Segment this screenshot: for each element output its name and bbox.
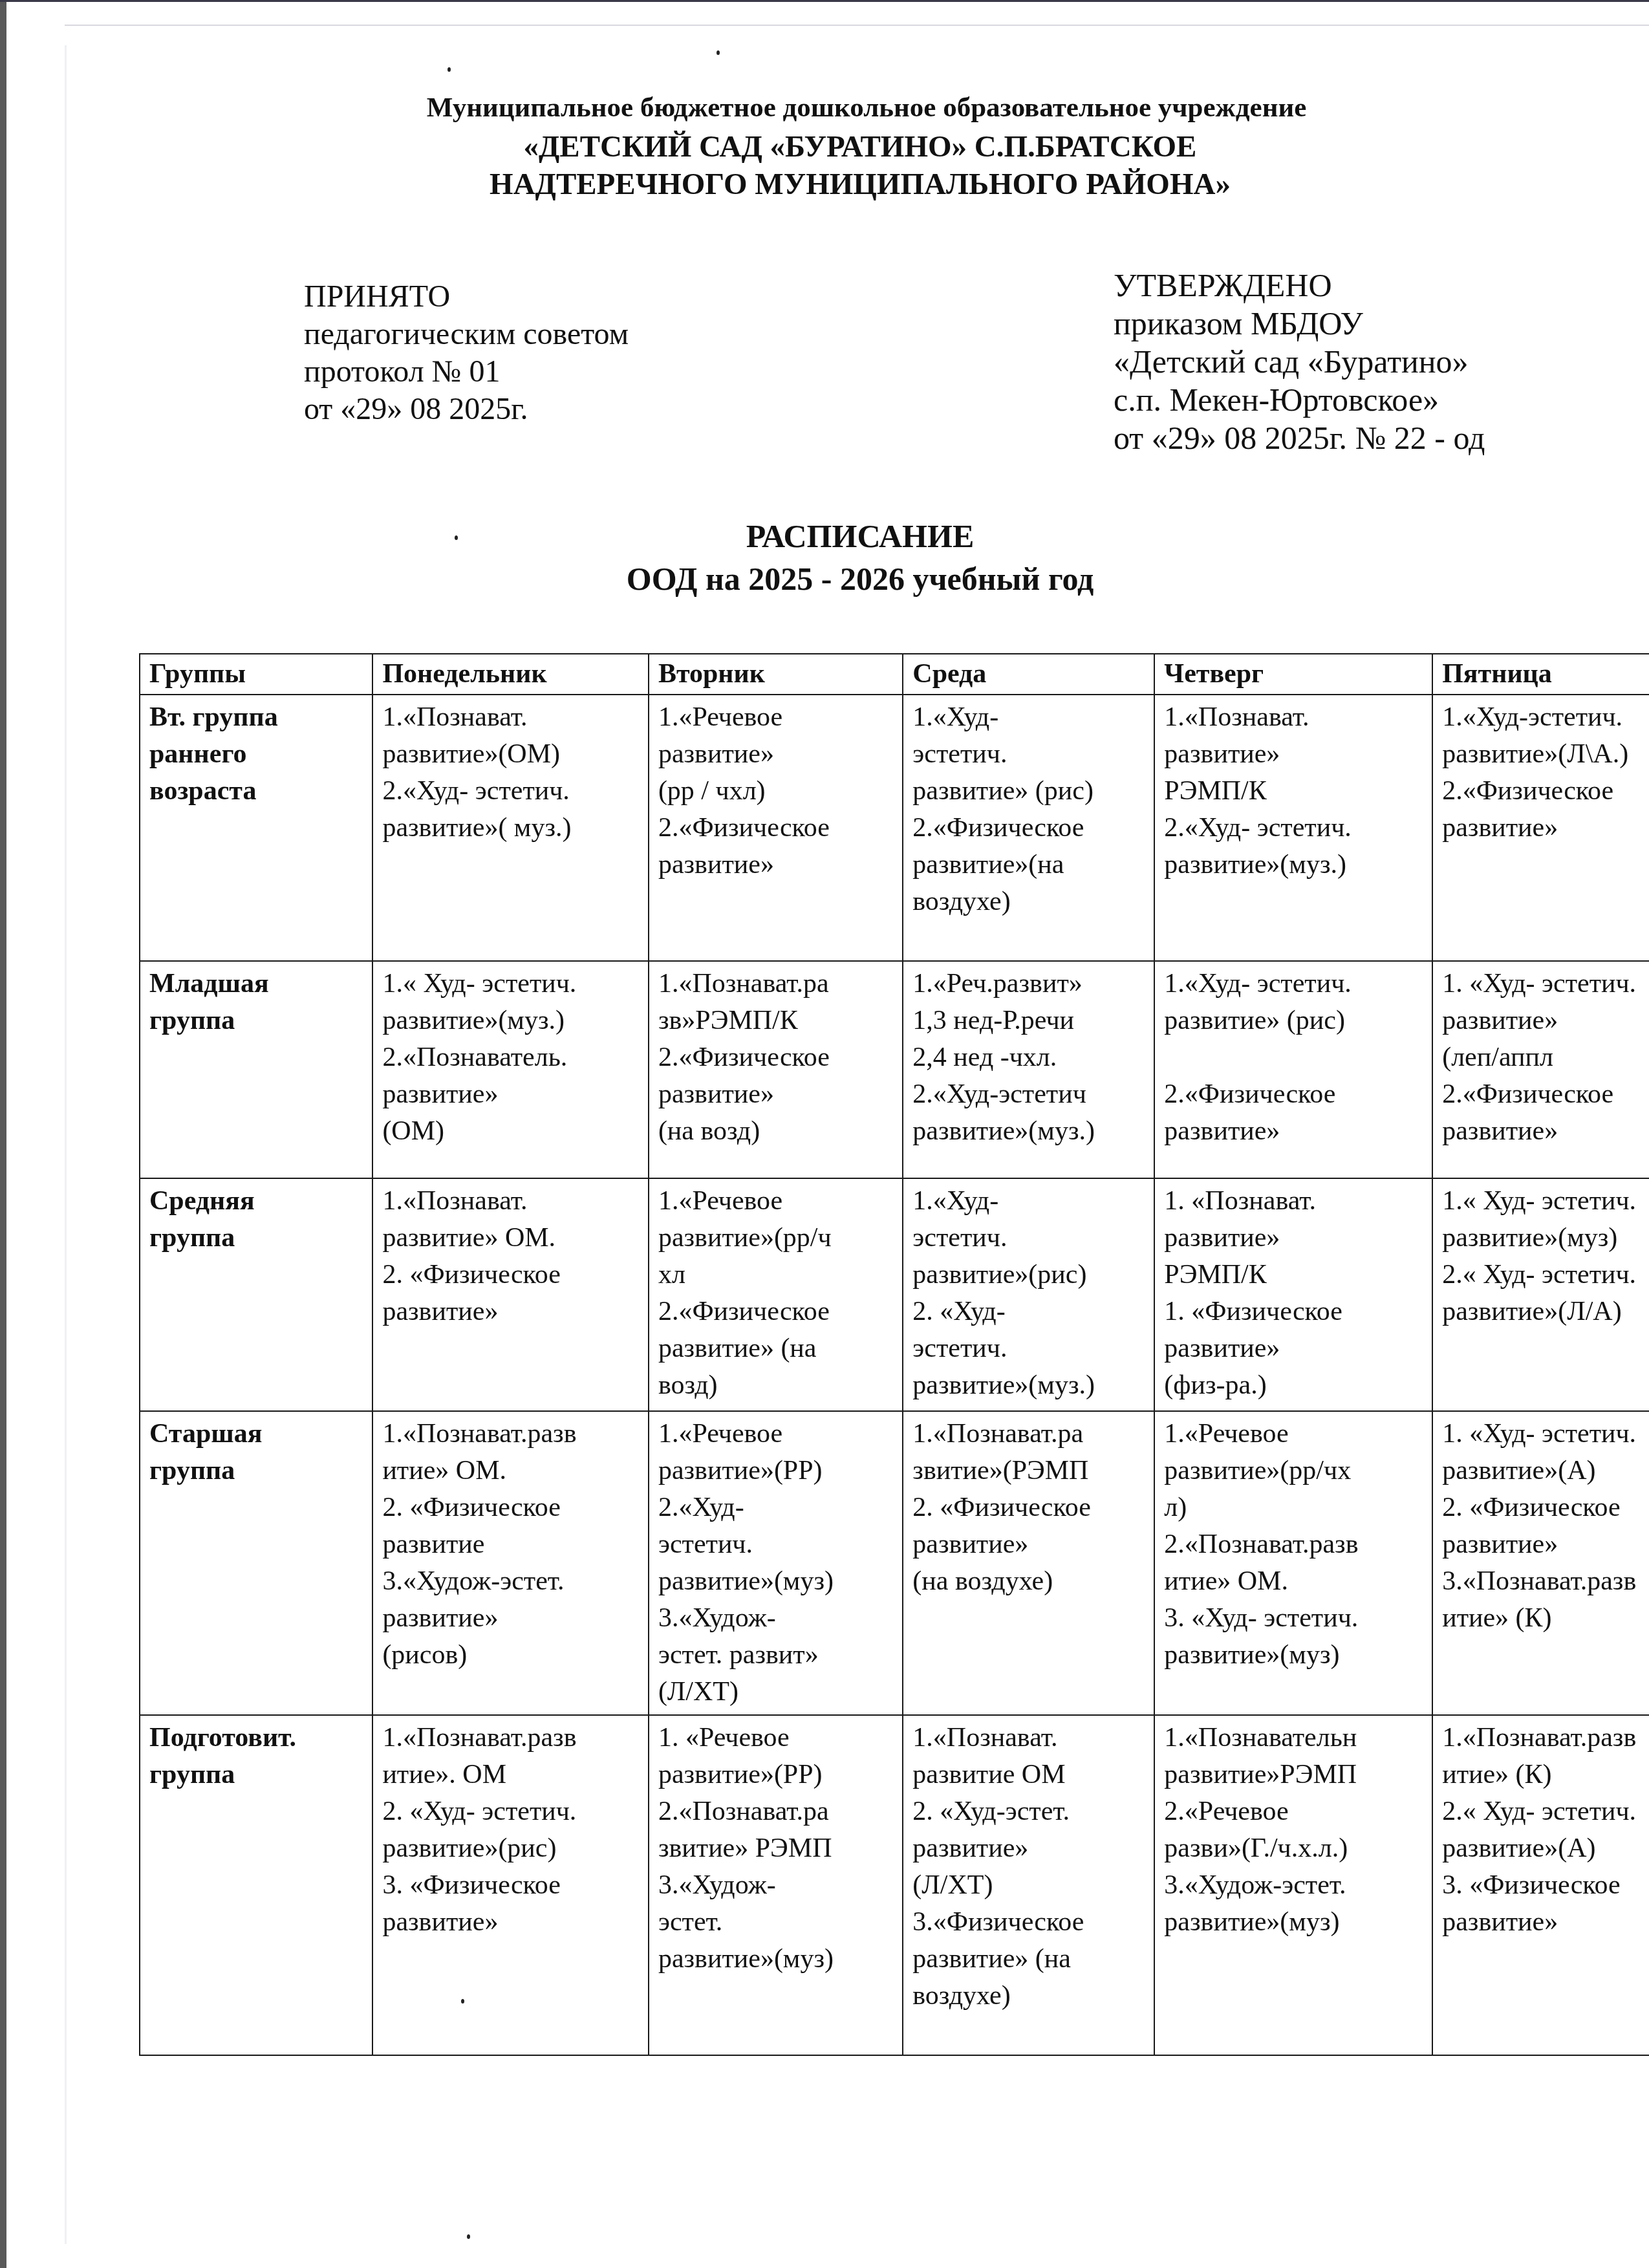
activity-line: развитие» (рис) <box>1164 1002 1423 1039</box>
activity-line: 2.« Худ- эстетич. <box>1442 1793 1649 1830</box>
activity-line: 2.«Физическое <box>658 810 893 847</box>
activity-line: 2.«Физическое <box>658 1039 893 1076</box>
activity-line: развитие» ОМ. <box>382 1220 639 1257</box>
activity-line: 2. «Физическое <box>382 1257 639 1293</box>
activity-line: 2.«Познават.ра <box>658 1793 893 1830</box>
cell-tuesday: 1.«Речевоеразвитие»(рр/чхл2.«Физическоер… <box>649 1178 903 1411</box>
schedule-table: Группы Понедельник Вторник Среда Четверг… <box>139 653 1649 2056</box>
activity-line: развитие»(Л\А.) <box>1442 736 1649 773</box>
activity-line: развитие»(рис) <box>912 1257 1145 1293</box>
activity-line: (рр / чхл) <box>658 773 893 810</box>
group-name-cell: Младшаягруппа <box>140 961 372 1178</box>
group-name-line: Средняя <box>149 1183 363 1220</box>
document-title: РАСПИСАНИЕ <box>0 517 1649 555</box>
group-name-line: Младшая <box>149 966 363 1002</box>
header-thursday: Четверг <box>1154 654 1432 695</box>
cell-wednesday: 1.«Познават.развитие»(РЭМП2. «Физическое… <box>903 1411 1154 1715</box>
accepted-line: педагогическим советом <box>304 316 629 353</box>
activity-line: 1,3 нед-Р.речи <box>912 1002 1145 1039</box>
group-name-line: возраста <box>149 773 363 810</box>
cell-thursday: 1.«Познават.развитие»РЭМП/К2.«Худ- эстет… <box>1154 695 1432 961</box>
activity-line: 2.«Речевое <box>1164 1793 1423 1830</box>
cell-monday: 1.«Познават.развитие». ОМ2. «Худ- эстети… <box>372 1715 649 2055</box>
cell-tuesday: 1.«Познават.разв»РЭМП/К2.«Физическоеразв… <box>649 961 903 1178</box>
activity-line: 2.«Физическое <box>1442 1076 1649 1113</box>
activity-line: хл <box>658 1257 893 1293</box>
activity-line: итие» ОМ. <box>1164 1563 1423 1600</box>
activity-line: 1. «Речевое <box>658 1720 893 1756</box>
activity-line: развитие»(муз) <box>1442 1220 1649 1257</box>
cell-monday: 1.«Познават.развитие» ОМ.2. «Физическоер… <box>372 1178 649 1411</box>
activity-line: развитие»(муз) <box>658 1941 893 1978</box>
activity-line: 1.« Худ- эстетич. <box>1442 1183 1649 1220</box>
activity-line: 1.«Познават.ра <box>912 1416 1145 1453</box>
activity-line: 3. «Физическое <box>1442 1867 1649 1904</box>
activity-line: развитие» <box>912 1526 1145 1563</box>
scan-edge <box>0 0 6 2268</box>
activity-line: развитие» <box>1164 1113 1423 1150</box>
activity-line: 2. «Физическое <box>912 1489 1145 1526</box>
activity-line: л) <box>1164 1489 1423 1526</box>
activity-line: эстетич. <box>912 1330 1145 1367</box>
group-name-line: Подготовит. <box>149 1720 363 1756</box>
activity-line: эстетич. <box>658 1526 893 1563</box>
org-name-line: НАДТЕРЕЧНОГО МУНИЦИПАЛЬНОГО РАЙОНА» <box>0 167 1649 202</box>
activity-line: итие» (К) <box>1442 1756 1649 1793</box>
activity-line: 1.«Познават. <box>382 699 639 736</box>
activity-line: развитие»(муз.) <box>1164 847 1423 883</box>
activity-line: развитие» <box>1442 810 1649 847</box>
activity-line: 2.«Физическое <box>1442 773 1649 810</box>
activity-line: 1.«Познават.ра <box>658 966 893 1002</box>
activity-line: 1.«Реч.развит» <box>912 966 1145 1002</box>
cell-friday: 1.« Худ- эстетич.развитие»(муз)2.« Худ- … <box>1432 1178 1649 1411</box>
activity-line: развитие»(РР) <box>658 1756 893 1793</box>
cell-thursday: 1.«Худ- эстетич.развитие» (рис) 2.«Физич… <box>1154 961 1432 1178</box>
cell-thursday: 1.«Речевоеразвитие»(рр/чхл)2.«Познават.р… <box>1154 1411 1432 1715</box>
activity-line: 2. «Худ-эстет. <box>912 1793 1145 1830</box>
table-row: Старшаягруппа1.«Познават.развитие» ОМ.2.… <box>140 1411 1649 1715</box>
accepted-heading: ПРИНЯТО <box>304 278 629 316</box>
activity-line: (Л/ХТ) <box>658 1674 893 1711</box>
cell-thursday: 1. «Познават.развитие»РЭМП/К1. «Физическ… <box>1154 1178 1432 1411</box>
header-tuesday: Вторник <box>649 654 903 695</box>
cell-wednesday: 1.«Познават.развитие ОМ2. «Худ-эстет.раз… <box>903 1715 1154 2055</box>
activity-line: развитие» <box>658 847 893 883</box>
activity-line: развитие»(А) <box>1442 1830 1649 1867</box>
activity-line: 1.«Худ-эстетич. <box>1442 699 1649 736</box>
activity-line: 1.«Познават. <box>912 1720 1145 1756</box>
activity-line: (физ-ра.) <box>1164 1367 1423 1404</box>
activity-line: 2.«Худ- эстетич. <box>382 773 639 810</box>
table-row: Младшаягруппа1.« Худ- эстетич.развитие»(… <box>140 961 1649 1178</box>
activity-line: 2.« Худ- эстетич. <box>1442 1257 1649 1293</box>
approved-block: УТВЕРЖДЕНО приказом МБДОУ «Детский сад «… <box>1114 266 1485 457</box>
header-friday: Пятница <box>1432 654 1649 695</box>
table-row: Подготовит.группа1.«Познават.развитие». … <box>140 1715 1649 2055</box>
group-name-line: группа <box>149 1002 363 1039</box>
activity-line: 2.«Физическое <box>658 1293 893 1330</box>
group-name-line: Вт. группа <box>149 699 363 736</box>
activity-line: 1.«Познават. <box>1164 699 1423 736</box>
activity-line: 1. «Познават. <box>1164 1183 1423 1220</box>
activity-line: 1.« Худ- эстетич. <box>382 966 639 1002</box>
group-name-line: группа <box>149 1220 363 1257</box>
activity-line: 1.«Познават.разв <box>382 1416 639 1453</box>
activity-line: 1.«Познават.разв <box>382 1720 639 1756</box>
activity-line: развитие» <box>382 1293 639 1330</box>
activity-line: эстетич. <box>912 1220 1145 1257</box>
table-row: Вт. группараннеговозраста1.«Познават.раз… <box>140 695 1649 961</box>
activity-line: развитие» <box>382 1904 639 1941</box>
activity-line: 3.«Худож- <box>658 1600 893 1637</box>
activity-line: 3.«Физическое <box>912 1904 1145 1941</box>
group-name-line: раннего <box>149 736 363 773</box>
activity-line: 3. «Физическое <box>382 1867 639 1904</box>
group-name-cell: Средняягруппа <box>140 1178 372 1411</box>
activity-line: 1. «Худ- эстетич. <box>1442 966 1649 1002</box>
activity-line: воздухе) <box>912 1978 1145 2014</box>
activity-line: 2. «Физическое <box>382 1489 639 1526</box>
activity-line: 1.«Худ- <box>912 1183 1145 1220</box>
activity-line: 1.«Худ- эстетич. <box>1164 966 1423 1002</box>
approved-line: приказом МБДОУ <box>1114 305 1485 343</box>
cell-friday: 1. «Худ- эстетич.развитие»(А)2. «Физичес… <box>1432 1411 1649 1715</box>
activity-line: эстет. <box>658 1904 893 1941</box>
activity-line: 2. «Физическое <box>1442 1489 1649 1526</box>
activity-line: 2.«Худ-эстетич <box>912 1076 1145 1113</box>
activity-line: (леп/аппл <box>1442 1039 1649 1076</box>
activity-line: 1.«Познавательн <box>1164 1720 1423 1756</box>
group-name-cell: Подготовит.группа <box>140 1715 372 2055</box>
activity-line: 2. «Худ- эстетич. <box>382 1793 639 1830</box>
activity-line: развитие» <box>1442 1002 1649 1039</box>
scan-edge-top <box>0 0 1649 2</box>
scan-speck <box>447 67 451 72</box>
activity-line: разви»(Г./ч.х.л.) <box>1164 1830 1423 1867</box>
cell-monday: 1.«Познават.развитие»(ОМ)2.«Худ- эстетич… <box>372 695 649 961</box>
activity-line: эстет. развит» <box>658 1637 893 1674</box>
activity-line: развитие»(муз) <box>1164 1637 1423 1674</box>
activity-line: 2.«Познаватель. <box>382 1039 639 1076</box>
activity-line: развитие»(ОМ) <box>382 736 639 773</box>
activity-line: итие» ОМ. <box>382 1453 639 1489</box>
activity-line: 3.«Худож-эстет. <box>1164 1867 1423 1904</box>
activity-line: звитие» РЭМП <box>658 1830 893 1867</box>
activity-line: (рисов) <box>382 1637 639 1674</box>
activity-line: развитие» (рис) <box>912 773 1145 810</box>
activity-line: развитие» <box>382 1600 639 1637</box>
group-name-line: группа <box>149 1756 363 1793</box>
activity-line: развитие»(рр/чх <box>1164 1453 1423 1489</box>
table-row: Средняягруппа1.«Познават.развитие» ОМ.2.… <box>140 1178 1649 1411</box>
approved-line: «Детский сад «Буратино» <box>1114 343 1485 381</box>
activity-line: 1.«Речевое <box>658 1183 893 1220</box>
scan-artifact-vline <box>65 45 67 2244</box>
cell-friday: 1. «Худ- эстетич.развитие»(леп/аппл2.«Фи… <box>1432 961 1649 1178</box>
activity-line: 2. «Худ- <box>912 1293 1145 1330</box>
accepted-date: от «29» 08 2025г. <box>304 391 629 428</box>
cell-wednesday: 1.«Худ-эстетич.развитие»(рис)2. «Худ-эст… <box>903 1178 1154 1411</box>
activity-line: РЭМП/К <box>1164 1257 1423 1293</box>
activity-line: 2.«Познават.разв <box>1164 1526 1423 1563</box>
activity-line: РЭМП/К <box>1164 773 1423 810</box>
header-groups: Группы <box>140 654 372 695</box>
activity-line: зв»РЭМП/К <box>658 1002 893 1039</box>
activity-line: развитие»(муз.) <box>912 1113 1145 1150</box>
cell-tuesday: 1.«Речевоеразвитие»(рр / чхл)2.«Физическ… <box>649 695 903 961</box>
activity-line: 2.«Физическое <box>1164 1076 1423 1113</box>
scan-artifact-line <box>65 25 1649 26</box>
activity-line: 1.«Речевое <box>658 699 893 736</box>
activity-line: развитие» <box>658 736 893 773</box>
activity-line: 1.«Познават.разв <box>1442 1720 1649 1756</box>
activity-line: возд) <box>658 1367 893 1404</box>
header-wednesday: Среда <box>903 654 1154 695</box>
activity-line: (Л/ХТ) <box>912 1867 1145 1904</box>
cell-monday: 1.«Познават.развитие» ОМ.2. «Физическоер… <box>372 1411 649 1715</box>
document-subtitle: ООД на 2025 - 2026 учебный год <box>0 560 1649 598</box>
activity-line: развитие»(рис) <box>382 1830 639 1867</box>
activity-line: развитие <box>382 1526 639 1563</box>
cell-monday: 1.« Худ- эстетич.развитие»(муз.)2.«Позна… <box>372 961 649 1178</box>
activity-line: развитие»(РР) <box>658 1453 893 1489</box>
activity-line: развитие»(Л/А) <box>1442 1293 1649 1330</box>
activity-line: развитие» <box>1164 736 1423 773</box>
cell-tuesday: 1.«Речевоеразвитие»(РР)2.«Худ-эстетич.ра… <box>649 1411 903 1715</box>
activity-line: развитие» <box>1164 1220 1423 1257</box>
activity-line: развитие» <box>912 1830 1145 1867</box>
activity-line: развитие»(муз.) <box>382 1002 639 1039</box>
org-name-line: «ДЕТСКИЙ САД «БУРАТИНО» С.П.БРАТСКОЕ <box>0 129 1649 164</box>
org-name-line: Муниципальное бюджетное дошкольное образ… <box>0 92 1649 124</box>
activity-line: развитие»(муз) <box>1164 1904 1423 1941</box>
activity-line: итие». ОМ <box>382 1756 639 1793</box>
cell-tuesday: 1. «Речевоеразвитие»(РР)2.«Познават.разв… <box>649 1715 903 2055</box>
activity-line: развитие» <box>1442 1904 1649 1941</box>
scan-speck <box>467 2234 470 2239</box>
activity-line: развитие» <box>1442 1526 1649 1563</box>
activity-line: развитие»( муз.) <box>382 810 639 847</box>
activity-line: (ОМ) <box>382 1113 639 1150</box>
activity-line: развитие»(муз.) <box>912 1367 1145 1404</box>
table-header-row: Группы Понедельник Вторник Среда Четверг… <box>140 654 1649 695</box>
activity-line: звитие»(РЭМП <box>912 1453 1145 1489</box>
activity-line: развитие ОМ <box>912 1756 1145 1793</box>
activity-line: 3.«Познават.разв <box>1442 1563 1649 1600</box>
cell-friday: 1.«Худ-эстетич.развитие»(Л\А.)2.«Физичес… <box>1432 695 1649 961</box>
approved-date: от «29» 08 2025г. № 22 - од <box>1114 419 1485 457</box>
accepted-line: протокол № 01 <box>304 353 629 391</box>
group-name-line: группа <box>149 1453 363 1489</box>
activity-line: развитие»(на <box>912 847 1145 883</box>
activity-line: развитие» (на <box>912 1941 1145 1978</box>
cell-wednesday: 1.«Худ-эстетич.развитие» (рис)2.«Физичес… <box>903 695 1154 961</box>
activity-line: 1.«Речевое <box>1164 1416 1423 1453</box>
activity-line: 1.«Познават. <box>382 1183 639 1220</box>
group-name-line: Старшая <box>149 1416 363 1453</box>
cell-friday: 1.«Познават.развитие» (К)2.« Худ- эстети… <box>1432 1715 1649 2055</box>
activity-line: развитие»(А) <box>1442 1453 1649 1489</box>
activity-line: 2.«Худ- эстетич. <box>1164 810 1423 847</box>
activity-line: (на возд) <box>658 1113 893 1150</box>
approved-line: с.п. Мекен-Юртовское» <box>1114 381 1485 419</box>
activity-line: воздухе) <box>912 883 1145 920</box>
activity-line: развитие» <box>382 1076 639 1113</box>
approved-heading: УТВЕРЖДЕНО <box>1114 266 1485 305</box>
activity-line: 2.«Физическое <box>912 810 1145 847</box>
scan-speck <box>717 50 720 55</box>
activity-line: (на воздухе) <box>912 1563 1145 1600</box>
activity-line: 1. «Худ- эстетич. <box>1442 1416 1649 1453</box>
cell-wednesday: 1.«Реч.развит»1,3 нед-Р.речи2,4 нед -чхл… <box>903 961 1154 1178</box>
accepted-block: ПРИНЯТО педагогическим советом протокол … <box>304 278 629 428</box>
activity-line: развитие»(рр/ч <box>658 1220 893 1257</box>
group-name-cell: Старшаягруппа <box>140 1411 372 1715</box>
activity-line: 1. «Физическое <box>1164 1293 1423 1330</box>
activity-line: 1.«Речевое <box>658 1416 893 1453</box>
activity-line: развитие» (на <box>658 1330 893 1367</box>
activity-line: развитие» <box>658 1076 893 1113</box>
group-name-cell: Вт. группараннеговозраста <box>140 695 372 961</box>
header-monday: Понедельник <box>372 654 649 695</box>
activity-line: 2,4 нед -чхл. <box>912 1039 1145 1076</box>
activity-line: 3. «Худ- эстетич. <box>1164 1600 1423 1637</box>
activity-line <box>1164 1039 1423 1076</box>
activity-line: развитие» <box>1442 1113 1649 1150</box>
activity-line: эстетич. <box>912 736 1145 773</box>
activity-line: 3.«Худож-эстет. <box>382 1563 639 1600</box>
cell-thursday: 1.«Познавательнразвитие»РЭМП2.«Речевоера… <box>1154 1715 1432 2055</box>
activity-line: 3.«Худож- <box>658 1867 893 1904</box>
activity-line: 1.«Худ- <box>912 699 1145 736</box>
activity-line: 2.«Худ- <box>658 1489 893 1526</box>
activity-line: итие» (К) <box>1442 1600 1649 1637</box>
activity-line: развитие»(муз) <box>658 1563 893 1600</box>
activity-line: развитие»РЭМП <box>1164 1756 1423 1793</box>
activity-line: развитие» <box>1164 1330 1423 1367</box>
